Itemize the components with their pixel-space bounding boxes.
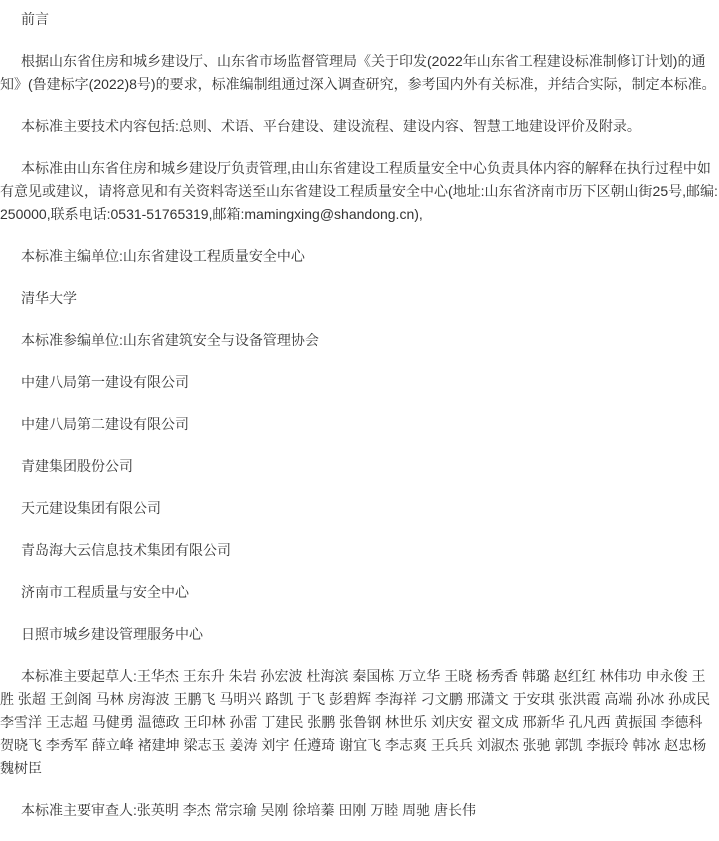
paragraph-basis: 根据山东省住房和城乡建设厅、山东省市场监督管理局《关于印发(2022年山东省工程… (0, 50, 719, 96)
paragraph-management-contact: 本标准由山东省住房和城乡建设厅负责管理,由山东省建设工程质量安全中心负责具体内容… (0, 157, 719, 226)
document-title: 前言 (0, 8, 719, 31)
paragraph-drafters: 本标准主要起草人:王华杰 王东升 朱岩 孙宏波 杜海滨 秦国栋 万立华 王晓 杨… (0, 665, 719, 780)
paragraph-participating-unit-2: 中建八局第一建设有限公司 (0, 371, 719, 394)
document-page: 前言 根据山东省住房和城乡建设厅、山东省市场监督管理局《关于印发(2022年山东… (0, 0, 719, 841)
paragraph-chief-editor-unit: 本标准主编单位:山东省建设工程质量安全中心 (0, 245, 719, 268)
paragraph-reviewers: 本标准主要审查人:张英明 李杰 常宗瑜 吴刚 徐培蓁 田刚 万睦 周驰 唐长伟 (0, 799, 719, 822)
paragraph-participating-unit-1: 本标准参编单位:山东省建筑安全与设备管理协会 (0, 329, 719, 352)
paragraph-contents: 本标准主要技术内容包括:总则、术语、平台建设、建设流程、建设内容、智慧工地建设评… (0, 115, 719, 138)
paragraph-editor-unit: 清华大学 (0, 287, 719, 310)
paragraph-participating-unit-8: 日照市城乡建设管理服务中心 (0, 623, 719, 646)
paragraph-participating-unit-5: 天元建设集团有限公司 (0, 497, 719, 520)
paragraph-participating-unit-4: 青建集团股份公司 (0, 455, 719, 478)
paragraph-participating-unit-6: 青岛海大云信息技术集团有限公司 (0, 539, 719, 562)
paragraph-participating-unit-3: 中建八局第二建设有限公司 (0, 413, 719, 436)
paragraph-participating-unit-7: 济南市工程质量与安全中心 (0, 581, 719, 604)
